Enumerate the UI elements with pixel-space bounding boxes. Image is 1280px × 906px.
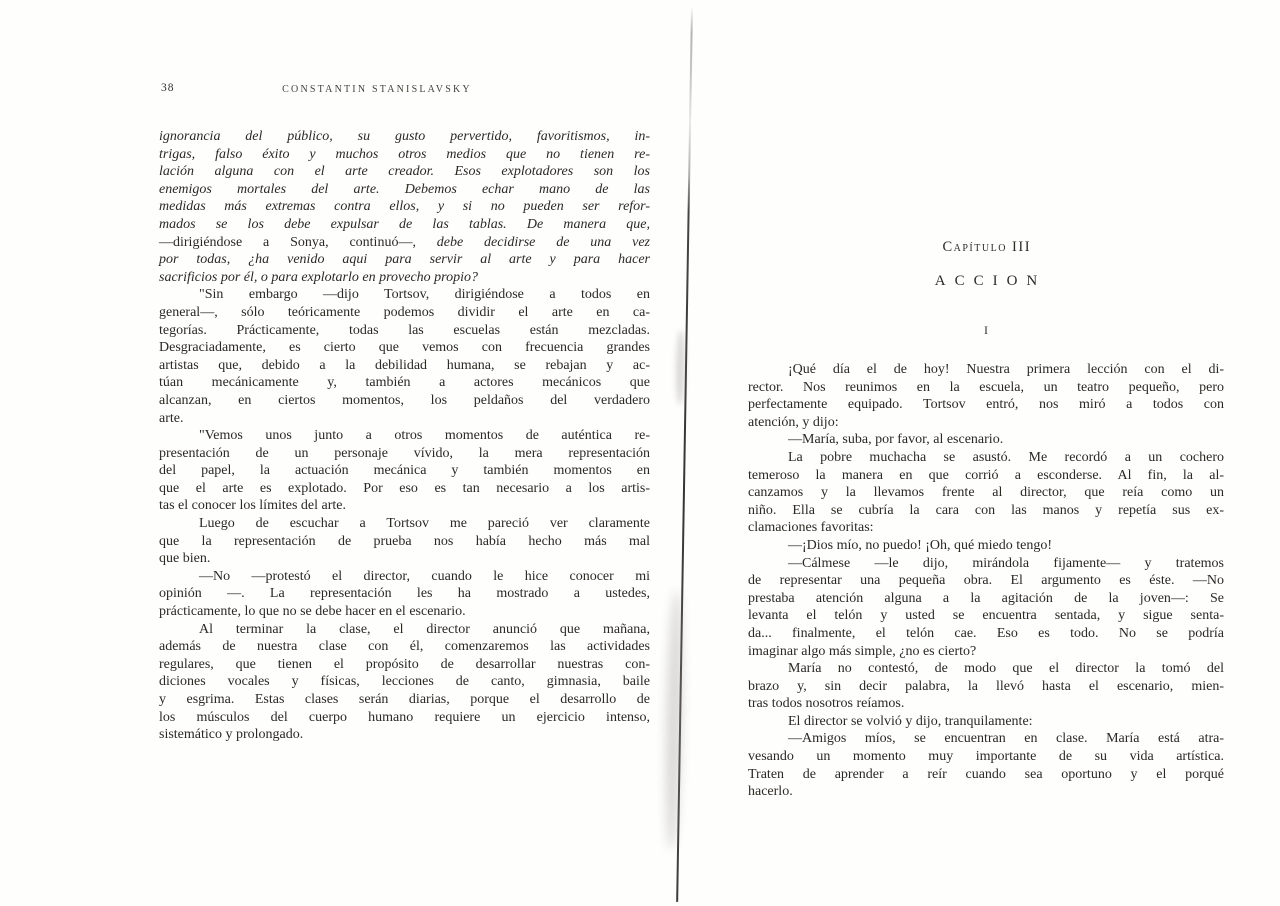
- text-line: artistas que, debido a la debilidad huma…: [159, 357, 650, 375]
- text-line: —dirigiéndose a Sonya, continuó—, debe d…: [159, 234, 650, 252]
- gutter-smudge: [675, 330, 685, 405]
- text-line: trigas, falso éxito y muchos otros medio…: [159, 146, 650, 164]
- text-line: María no contestó, de modo que el direct…: [748, 660, 1224, 678]
- left-page-header: 38 CONSTANTIN STANISLAVSKY: [159, 80, 650, 100]
- text-line: atención, y dijo:: [748, 414, 1224, 432]
- text-line: de representar una pequeña obra. El argu…: [748, 572, 1224, 590]
- text-line: "Sin embargo —dijo Tortsov, dirigiéndose…: [159, 286, 650, 304]
- paragraph: ¡Qué día el de hoy! Nuestra primera lecc…: [748, 361, 1224, 431]
- text-line: sistemático y prolongado.: [159, 726, 650, 744]
- paragraph: —No —protestó el director, cuando le hic…: [159, 568, 650, 621]
- text-line: canzamos y la llevamos frente al directo…: [748, 484, 1224, 502]
- text-line: presentación de un personaje vívido, la …: [159, 445, 650, 463]
- chapter-label: Capítulo III: [748, 239, 1224, 256]
- text-line: ignorancia del público, su gusto pervert…: [159, 128, 650, 146]
- text-line: clamaciones favoritas:: [748, 519, 1224, 537]
- text-line: regulares, que tienen el propósito de de…: [159, 656, 650, 674]
- text-line: ¡Qué día el de hoy! Nuestra primera lecc…: [748, 361, 1224, 379]
- text-line: y esgrima. Estas clases serán diarias, p…: [159, 691, 650, 709]
- text-line: perfectamente equipado. Tortsov entró, n…: [748, 396, 1224, 414]
- text-line: diciones vocales y físicas, lecciones de…: [159, 673, 650, 691]
- text-line: que la representación de prueba nos habí…: [159, 533, 650, 551]
- text-line: temeroso la manera en que corrió a escon…: [748, 467, 1224, 485]
- text-line: rector. Nos reunimos en la escuela, un t…: [748, 379, 1224, 397]
- page-number: 38: [161, 82, 175, 94]
- text-line: los músculos del cuerpo humano requiere …: [159, 709, 650, 727]
- text-line: general—, sólo teóricamente podemos divi…: [159, 304, 650, 322]
- text-line: mados se los debe expulsar de las tablas…: [159, 216, 650, 234]
- text-line: enemigos mortales del arte. Debemos echa…: [159, 181, 650, 199]
- text-line: que bien.: [159, 550, 650, 568]
- text-line: opinión —. La representación les ha most…: [159, 585, 650, 603]
- text-line: —No —protestó el director, cuando le hic…: [159, 568, 650, 586]
- text-line: túan mecánicamente y, también a actores …: [159, 374, 650, 392]
- paragraph: Luego de escuchar a Tortsov me pareció v…: [159, 515, 650, 568]
- paragraph: —Amigos míos, se encuentran en clase. Ma…: [748, 730, 1224, 800]
- paragraph: La pobre muchacha se asustó. Me recordó …: [748, 449, 1224, 537]
- text-line: por todas, ¿ha venido aqui para servir a…: [159, 251, 650, 269]
- right-page-body: ¡Qué día el de hoy! Nuestra primera lecc…: [748, 361, 1224, 801]
- text-line: niño. Ella se cubría la cara con las man…: [748, 502, 1224, 520]
- text-line: medidas más extremas contra ellos, y si …: [159, 198, 650, 216]
- gutter-smudge: [663, 590, 684, 850]
- text-line: que el arte es explotado. Por eso es tan…: [159, 480, 650, 498]
- text-line: —Amigos míos, se encuentran en clase. Ma…: [748, 730, 1224, 748]
- text-line: —María, suba, por favor, al escenario.: [748, 431, 1224, 449]
- text-line: Desgraciadamente, es cierto que vemos co…: [159, 339, 650, 357]
- paragraph: —María, suba, por favor, al escenario.: [748, 431, 1224, 449]
- text-line: tras todos nosotros reíamos.: [748, 695, 1224, 713]
- text-line: Luego de escuchar a Tortsov me pareció v…: [159, 515, 650, 533]
- text-line: prácticamente, lo que no se debe hacer e…: [159, 603, 650, 621]
- text-line: tas el conocer los límites del arte.: [159, 497, 650, 515]
- text-line: Traten de aprender a reír cuando sea opo…: [748, 766, 1224, 784]
- paragraph: María no contestó, de modo que el direct…: [748, 660, 1224, 713]
- paragraph: Al terminar la clase, el director anunci…: [159, 621, 650, 744]
- text-line: del papel, la actuación mecánica y tambi…: [159, 462, 650, 480]
- text-line: vesando un momento muy importante de su …: [748, 748, 1224, 766]
- running-header: CONSTANTIN STANISLAVSKY: [282, 84, 472, 95]
- text-line: lación alguna con el arte creador. Esos …: [159, 163, 650, 181]
- left-page: 38 CONSTANTIN STANISLAVSKY ignorancia de…: [159, 80, 650, 100]
- section-number: I: [748, 323, 1224, 338]
- gutter-line: [676, 6, 693, 902]
- text-line: brazo y, sin decir palabra, la llevó has…: [748, 678, 1224, 696]
- paragraph: —Cálmese —le dijo, mirándola fijamente— …: [748, 555, 1224, 661]
- text-line: "Vemos unos junto a otros momentos de au…: [159, 427, 650, 445]
- paragraph: —¡Dios mío, no puedo! ¡Oh, qué miedo ten…: [748, 537, 1224, 555]
- text-line: —Cálmese —le dijo, mirándola fijamente— …: [748, 555, 1224, 573]
- text-line: sacrificios por él, o para explotarlo en…: [159, 269, 650, 287]
- paragraph: "Vemos unos junto a otros momentos de au…: [159, 427, 650, 515]
- book-spread-scan: 38 CONSTANTIN STANISLAVSKY ignorancia de…: [0, 0, 1280, 906]
- text-line: Al terminar la clase, el director anunci…: [159, 621, 650, 639]
- paragraph: ignorancia del público, su gusto pervert…: [159, 128, 650, 286]
- text-line: La pobre muchacha se asustó. Me recordó …: [748, 449, 1224, 467]
- text-line: hacerlo.: [748, 783, 1224, 801]
- paragraph: El director se volvió y dijo, tranquilam…: [748, 713, 1224, 731]
- text-line: El director se volvió y dijo, tranquilam…: [748, 713, 1224, 731]
- text-line: prestaba atención alguna a la agitación …: [748, 590, 1224, 608]
- text-line: tegorías. Prácticamente, todas las escue…: [159, 322, 650, 340]
- text-line: alcanzan, en ciertos momentos, los pelda…: [159, 392, 650, 410]
- text-line: da... finalmente, el telón cae. Eso es t…: [748, 625, 1224, 643]
- right-page: Capítulo III ACCION I ¡Qué día el de hoy…: [748, 232, 1224, 801]
- text-line: —¡Dios mío, no puedo! ¡Oh, qué miedo ten…: [748, 537, 1224, 555]
- left-page-body: ignorancia del público, su gusto pervert…: [159, 128, 650, 744]
- text-line: levanta el telón y usted se encuentra se…: [748, 607, 1224, 625]
- chapter-title: ACCION: [748, 273, 1224, 290]
- paragraph: "Sin embargo —dijo Tortsov, dirigiéndose…: [159, 286, 650, 427]
- text-line: arte.: [159, 410, 650, 428]
- text-line: además de nuestra clase con él, comenzar…: [159, 638, 650, 656]
- text-line: imaginar algo más simple, ¿no es cierto?: [748, 643, 1224, 661]
